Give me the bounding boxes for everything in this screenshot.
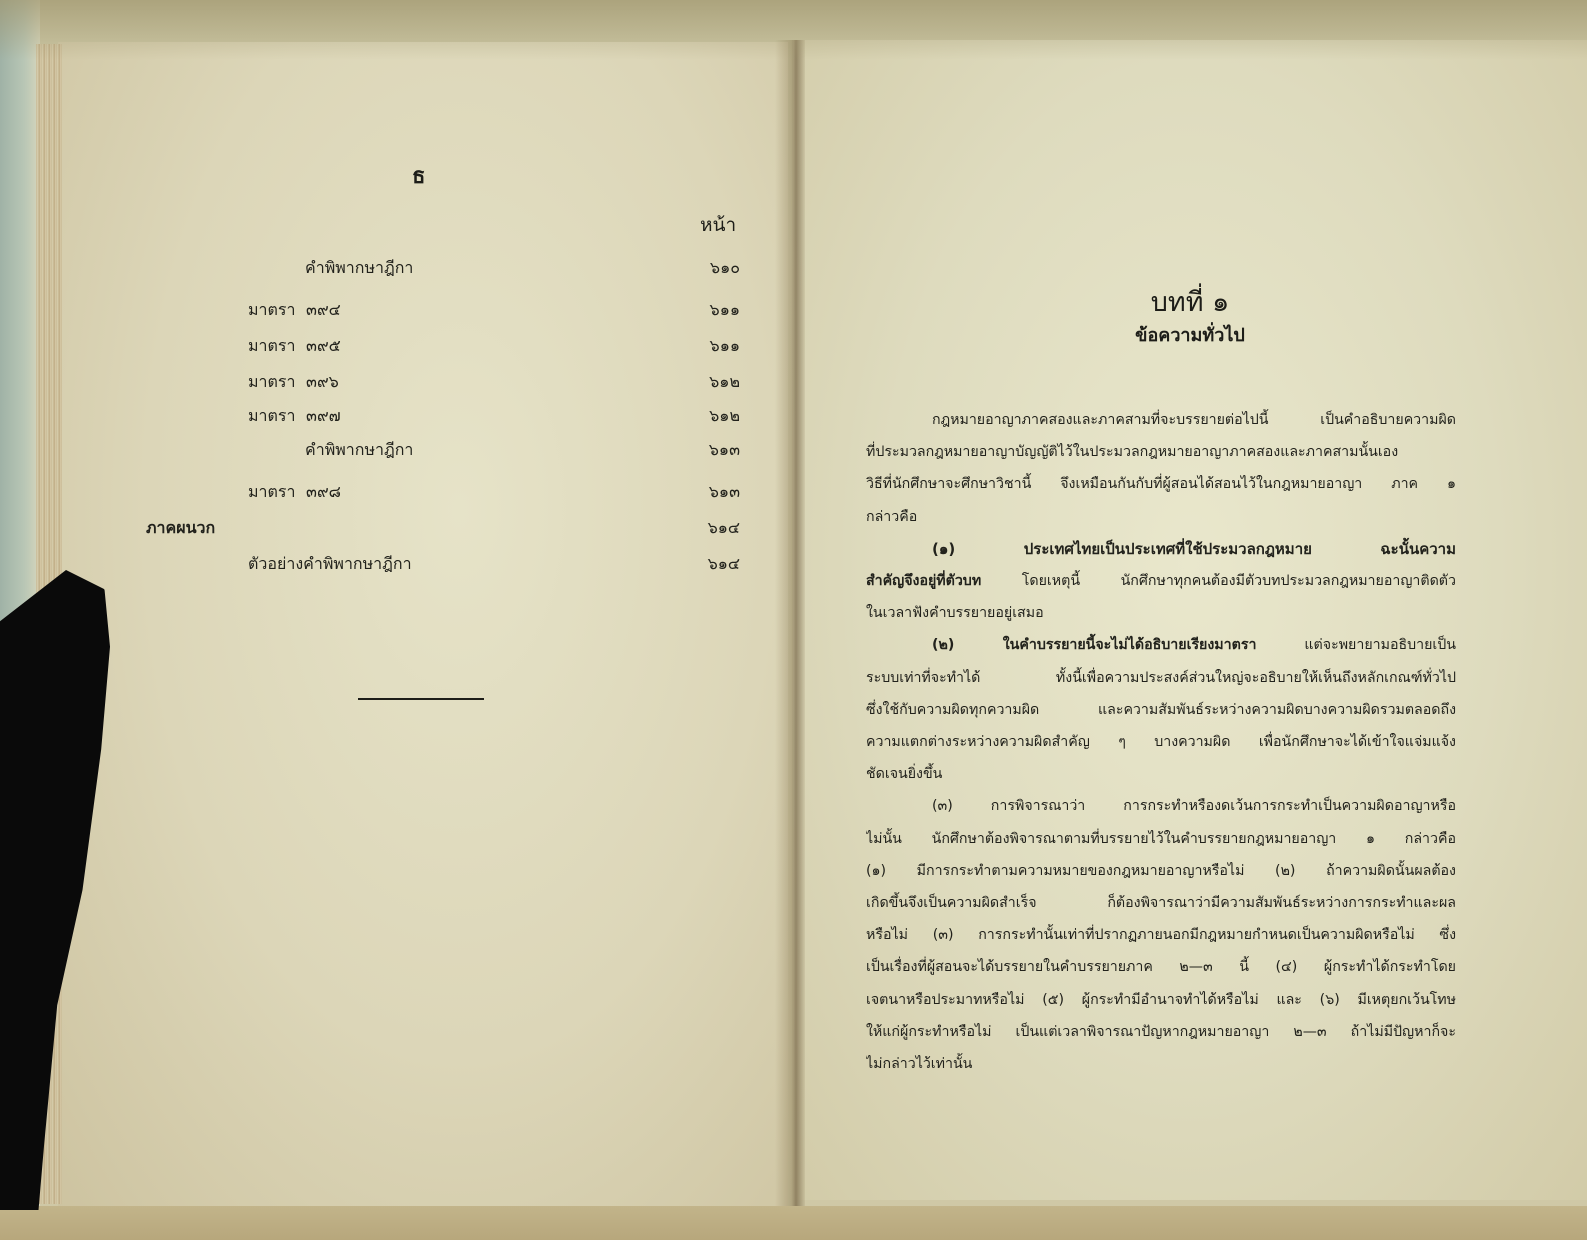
paragraph-text: โดยเหตุนี้ นักศึกษาทุกคนต้องมีตัวบทประมว…: [981, 573, 1456, 589]
toc-entry[interactable]: มาตรา ๓๙๘ ๖๑๓: [140, 480, 740, 508]
paragraph-line: วิธีที่นักศึกษาจะศึกษาวิชานี้ จึงเหมือนก…: [866, 468, 1456, 500]
paragraph-line: กฎหมายอาญาภาคสองและภาคสามที่จะบรรยายต่อไ…: [866, 404, 1456, 436]
toc-entry-page: ๖๑๐: [680, 256, 740, 281]
emphasis-text: สำคัญจึงอยู่ที่ตัวบท: [866, 573, 981, 589]
toc-entry-page: ๖๑๔: [680, 516, 740, 541]
toc-entry-label: มาตรา: [248, 334, 296, 359]
page-letter: ธ: [412, 158, 425, 193]
book-gutter: [775, 40, 805, 1215]
toc-entry[interactable]: คำพิพากษาฎีกา ๖๑๐: [140, 256, 740, 284]
end-rule: [358, 698, 484, 700]
paragraph-line: ซึ่งใช้กับความผิดทุกความผิด และความสัมพั…: [866, 694, 1456, 726]
toc-entry-page: ๖๑๑: [680, 334, 740, 359]
point-3-heading: (๓) การพิจารณาว่า การกระทำหรืองดเว้นการก…: [866, 790, 1456, 822]
toc-entry[interactable]: มาตรา ๓๙๗ ๖๑๒: [140, 404, 740, 432]
toc-entry-page: ๖๑๑: [680, 298, 740, 323]
toc-entry-number: ๓๙๔: [306, 298, 341, 323]
toc-entry-label: มาตรา: [248, 370, 296, 395]
paragraph-line: ชัดเจนยิ่งขึ้น: [866, 758, 1456, 790]
top-shadow: [0, 0, 1587, 60]
paragraph-line: เป็นเรื่องที่ผู้สอนจะได้บรรยายในคำบรรยาย…: [866, 951, 1456, 983]
toc-entry[interactable]: มาตรา ๓๙๖ ๖๑๒: [140, 370, 740, 398]
paragraph-line: ไม่นั้น นักศึกษาต้องพิจารณาตามที่บรรยายไ…: [866, 823, 1456, 855]
paragraph-line: ความแตกต่างระหว่างความผิดสำคัญ ๆ บางความ…: [866, 726, 1456, 758]
book-photo: ธ หน้า คำพิพากษาฎีกา ๖๑๐ มาตรา ๓๙๔ ๖๑๑ ม…: [0, 0, 1587, 1240]
toc-entry[interactable]: ตัวอย่างคำพิพากษาฎีกา ๖๑๔: [140, 552, 740, 580]
toc-entry-page: ๖๑๒: [680, 404, 740, 429]
paragraph-line: สำคัญจึงอยู่ที่ตัวบท โดยเหตุนี้ นักศึกษา…: [866, 565, 1456, 597]
toc-entry[interactable]: มาตรา ๓๙๕ ๖๑๑: [140, 334, 740, 362]
paragraph-line: เจตนาหรือประมาทหรือไม่ (๕) ผู้กระทำมีอำน…: [866, 984, 1456, 1016]
paragraph-text: แต่จะพยายามอธิบายเป็น: [1256, 637, 1456, 653]
toc-entry-number: ๓๙๖: [306, 370, 339, 395]
emphasis-text: (๒) ในคำบรรยายนี้จะไม่ได้อธิบายเรียงมาตร…: [932, 637, 1256, 653]
page-column-header: หน้า: [700, 210, 736, 240]
toc-entry-page: ๖๑๓: [680, 480, 740, 505]
paragraph-line: ที่ประมวลกฎหมายอาญาบัญญัติไว้ในประมวลกฎห…: [866, 436, 1456, 468]
paragraph-line: กล่าวคือ: [866, 501, 1456, 533]
toc-entry-label: มาตรา: [248, 480, 296, 505]
toc-entry-page: ๖๑๔: [680, 552, 740, 577]
toc-section-label: ภาคผนวก: [146, 516, 215, 541]
chapter-subtitle: ข้อความทั่วไป: [793, 320, 1587, 349]
paragraph-line: (๑) มีการกระทำตามความหมายของกฎหมายอาญาหร…: [866, 855, 1456, 887]
chapter-body: กฎหมายอาญาภาคสองและภาคสามที่จะบรรยายต่อไ…: [866, 404, 1456, 1080]
paragraph-line: ไม่กล่าวไว้เท่านั้น: [866, 1048, 1456, 1080]
paragraph-line: หรือไม่ (๓) การกระทำนั้นเท่าที่ปรากฏภายน…: [866, 919, 1456, 951]
toc-entry-label: ตัวอย่างคำพิพากษาฎีกา: [248, 552, 412, 577]
toc-entry-number: ๓๙๕: [306, 334, 341, 359]
toc-entry[interactable]: คำพิพากษาฎีกา ๖๑๓: [140, 438, 740, 466]
toc-entry-number: ๓๙๘: [306, 480, 341, 505]
toc-entry-label: มาตรา: [248, 404, 296, 429]
toc-entry-number: ๓๙๗: [306, 404, 341, 429]
point-2-heading: (๒) ในคำบรรยายนี้จะไม่ได้อธิบายเรียงมาตร…: [866, 629, 1456, 661]
toc-entry-page: ๖๑๒: [680, 370, 740, 395]
toc-entry-label: มาตรา: [248, 298, 296, 323]
paragraph-line: ในเวลาฟังคำบรรยายอยู่เสมอ: [866, 597, 1456, 629]
paragraph-line: ระบบเท่าที่จะทำได้ ทั้งนี้เพื่อความประสง…: [866, 662, 1456, 694]
toc-entry[interactable]: มาตรา ๓๙๔ ๖๑๑: [140, 298, 740, 326]
toc-section-entry[interactable]: ภาคผนวก ๖๑๔: [140, 516, 740, 544]
paragraph-line: เกิดขึ้นจึงเป็นความผิดสำเร็จ ก็ต้องพิจาร…: [866, 887, 1456, 919]
toc-entry-label: คำพิพากษาฎีกา: [305, 256, 413, 281]
bottom-edge: [0, 1206, 1587, 1240]
point-1-heading: (๑) ประเทศไทยเป็นประเทศที่ใช้ประมวลกฎหมา…: [866, 533, 1456, 565]
toc-entry-page: ๖๑๓: [680, 438, 740, 463]
toc-entry-label: คำพิพากษาฎีกา: [305, 438, 413, 463]
left-page: [58, 42, 788, 1212]
paragraph-line: ให้แก่ผู้กระทำหรือไม่ เป็นแต่เวลาพิจารณา…: [866, 1016, 1456, 1048]
chapter-title: บทที่ ๑: [793, 280, 1587, 323]
